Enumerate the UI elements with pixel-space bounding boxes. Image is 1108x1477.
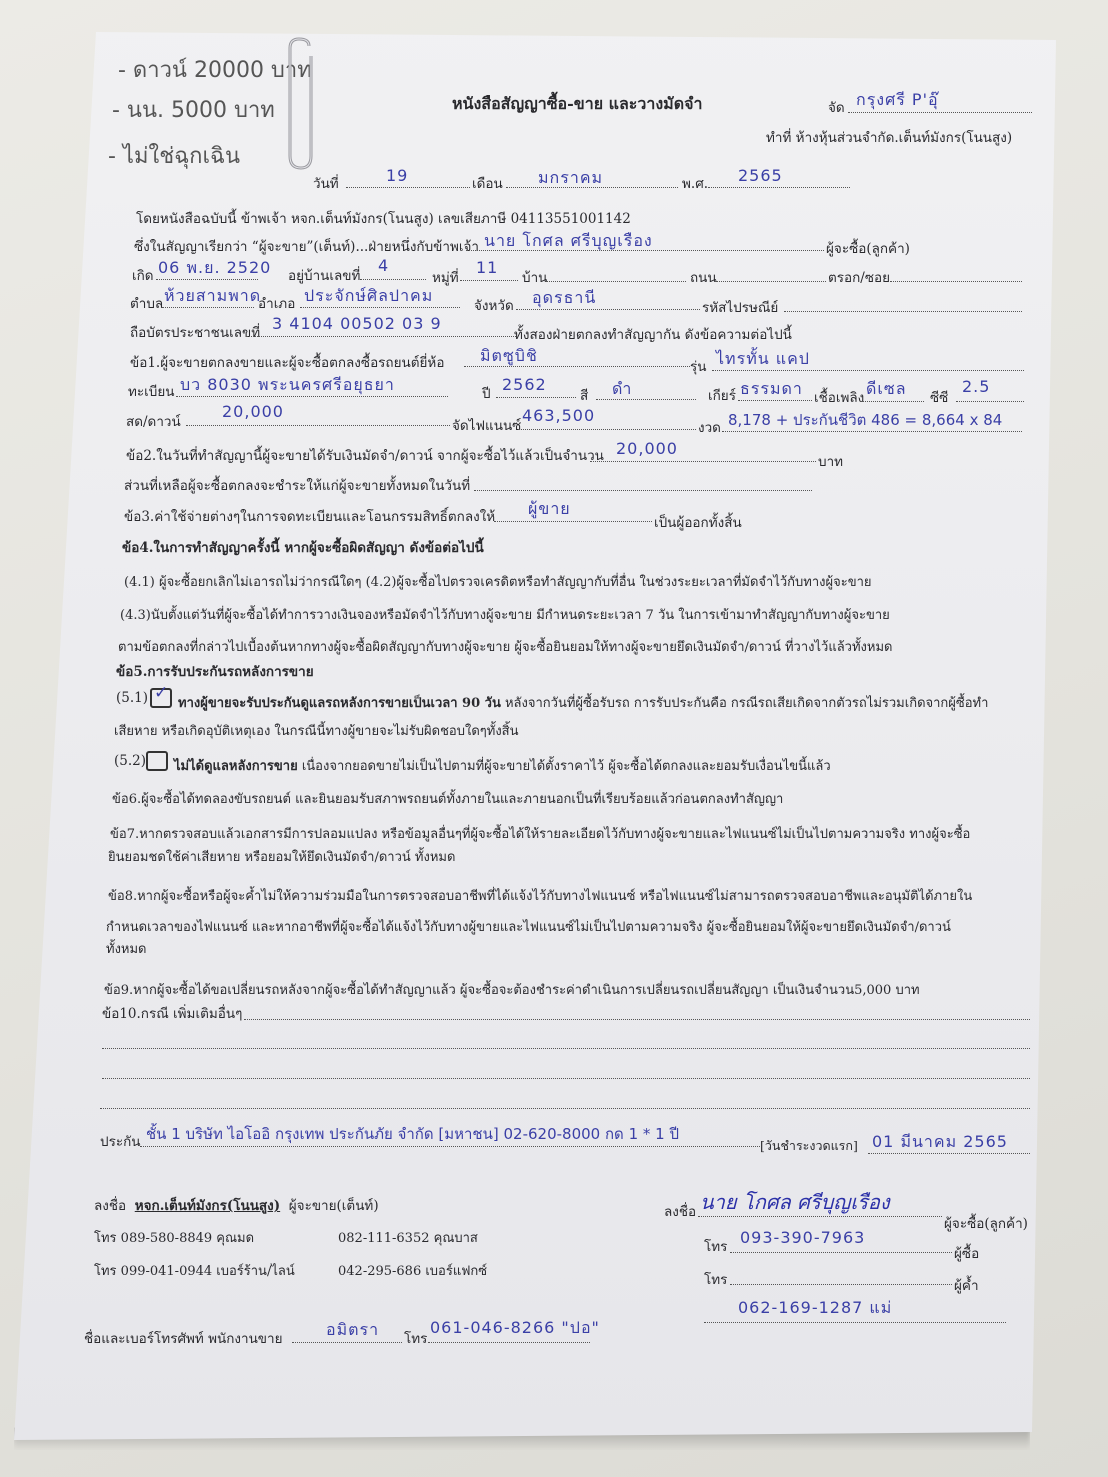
margin-note: - นน. 5000 บาท (112, 92, 275, 127)
date-day-label: วันที่ (313, 172, 339, 194)
moo: 11 (476, 258, 498, 277)
id-label: ถือบัตรประชาชนเลขที่ (130, 321, 260, 343)
clause8-line: กำหนดเวลาของไฟแนนซ์ และหากอาชีพที่ผู้จะซ… (106, 916, 951, 937)
option-5-2-checkbox[interactable] (146, 751, 168, 771)
document-title: หนังสือสัญญาซื้อ-ขาย และวางมัดจำ (452, 92, 702, 117)
clause4-line: ตามข้อตกลงที่กล่าวไปเบื้องต้นหากทางผู้จะ… (118, 636, 892, 657)
village-line (546, 281, 686, 282)
salesperson-phone: 061-046-8266 "ปอ" (430, 1316, 600, 1341)
buyer-sign-role: ผู้จะซื้อ(ลูกค้า) (944, 1212, 1028, 1234)
tambon-label: ตำบล (130, 292, 163, 314)
id-value: 3 4104 00502 03 9 (272, 314, 442, 333)
buyer-phone-label: โทร (704, 1235, 727, 1257)
clause4-line: (4.1) ผู้จะซื้อยกเลิกไม่เอารถไม่ว่ากรณีใ… (124, 571, 872, 592)
cc-label: ซีซี (930, 386, 948, 408)
car-cc: 2.5 (962, 377, 990, 396)
installment-label: งวด (698, 416, 721, 438)
salesperson-phone-line (428, 1342, 590, 1343)
salesperson-name: อมิตรา (326, 1318, 379, 1343)
clause9: ข้อ9.หากผู้จะซื้อได้ขอเปลี่ยนรถหลังจากผู… (104, 979, 920, 1000)
clause5-title: ข้อ5.การรับประกันรถหลังการขาย (116, 660, 314, 682)
option-5-1-checkbox[interactable]: ✓ (150, 688, 172, 708)
payer-line (494, 521, 652, 522)
made-at: ทำที่ ห้างหุ้นส่วนจำกัด.เต็นท์มังกร(โนนส… (766, 126, 1012, 148)
down-payment: 20,000 (222, 402, 284, 421)
clause7-line: ข้อ7.หากตรวจสอบแล้วเอกสารมีการปลอมแปลง ห… (110, 823, 970, 844)
margin-note: - ไม่ใช่ฉุกเฉิน (108, 138, 240, 173)
clause8-line: ทั้งหมด (106, 938, 147, 959)
moo-line (460, 280, 518, 281)
house-no-line (360, 279, 426, 280)
soi-line (890, 281, 1022, 282)
finance-label: จัดไฟแนนซ์ (452, 414, 521, 436)
option-5-2-rest: เนื่องจากยอดขายไม่เป็นไปตามที่ผู้จะขายได… (298, 759, 831, 774)
clause4-title: ข้อ4.ในการทำสัญญาครั้งนี้ หากผู้จะซื้อผิ… (122, 536, 484, 558)
seller-contact: โทร 089-580-8849 คุณมด (94, 1227, 254, 1248)
paper-clip-icon (285, 36, 319, 172)
car-registration: บว 8030 พระนครศรีอยุธยา (180, 373, 395, 398)
guarantor-role: ผู้ค้ำ (954, 1274, 979, 1296)
contract-sheet: - ดาวน์ 20000 บาท - นน. 5000 บาท - ไม่ใช… (0, 0, 1108, 1477)
intro-text: โดยหนังสือฉบับนี้ ข้าพเจ้า หจก.เต็นท์มัง… (136, 207, 631, 229)
clause8-line: ข้อ8.หากผู้จะซื้อหรือผู้จะค้ำไม่ให้ความร… (108, 885, 972, 906)
finance-amount: 463,500 (522, 406, 595, 425)
seller-name: หจก.เต็นท์มังกร(โนนสูง) (135, 1198, 280, 1214)
down-label: สด/ดาวน์ (126, 410, 181, 432)
clause3-suffix: เป็นผู้ออกทั้งสิ้น (654, 511, 742, 533)
date-month-label: เดือน (472, 172, 503, 194)
buyer-phone-role: ผู้ซื้อ (954, 1242, 979, 1264)
option-5-1-number: (5.1) (116, 690, 148, 706)
insurance-label: ประกัน (100, 1130, 140, 1152)
agree-text: ทั้งสองฝ่ายตกลงทำสัญญากัน ดังข้อความต่อไ… (514, 323, 792, 345)
date-year-line (708, 187, 850, 188)
option-5-1-line2: เสียหาย หรือเกิดอุบัติเหตุเอง ในกรณีนี้ท… (114, 720, 519, 741)
amphoe: ประจักษ์ศิลปาคม (304, 284, 433, 309)
fee-payer: ผู้ขาย (528, 497, 571, 522)
seller-line: ซึ่งในสัญญาเรียกว่า “ผู้จะขาย”(เต็นท์)..… (134, 235, 479, 257)
seller-contact: โทร 099-041-0944 เบอร์ร้าน/ไลน์ (94, 1260, 295, 1281)
clause10-label: ข้อ10.กรณี เพิ่มเติมอื่นๆ (102, 1002, 242, 1024)
gear-label: เกียร์ (708, 384, 736, 406)
id-line (246, 336, 516, 337)
car-color: ดำ (612, 377, 632, 402)
sign-label: ลงชื่อ (94, 1198, 126, 1214)
option-5-1-rest: หลังจากวันที่ผู้ซื้อรับรถ การรับประกันคื… (501, 696, 989, 711)
date-year-label: พ.ศ. (682, 172, 708, 194)
finance-line (518, 429, 696, 430)
clause7-line: ยินยอมชดใช้ค่าเสียหาย หรือยอมให้ยึดเงินม… (108, 846, 455, 867)
postcode-line (784, 311, 1022, 312)
fuel-label: เชื้อเพลิง (814, 386, 864, 408)
clause1-text: ข้อ1.ผู้จะขายตกลงขายและผู้จะซื้อตกลงซื้อ… (130, 351, 444, 373)
clause6: ข้อ6.ผู้จะซื้อได้ทดลองขับรถยนต์ และยินยอ… (112, 788, 783, 809)
clause10-line (244, 1019, 1030, 1020)
margin-note: - ดาวน์ 20000 บาท (118, 52, 312, 87)
clause2-text: ข้อ2.ในวันที่ทำสัญญานี้ผู้จะขายได้รับเงิ… (126, 444, 604, 466)
insurance-line (140, 1146, 760, 1147)
date-year: 2565 (738, 166, 783, 185)
house-no: 4 (378, 256, 389, 275)
clause10-line (100, 1108, 1030, 1109)
road-label: ถนน (690, 266, 717, 288)
car-gear: ธรรมดา (740, 377, 803, 402)
deposit-amount: 20,000 (616, 439, 678, 458)
buyer-name: นาย โกศล ศรีบุญเรือง (484, 229, 653, 254)
road-line (716, 281, 826, 282)
extra-phone: 062-169-1287 แม่ (738, 1296, 892, 1321)
jad-label: จัด (828, 96, 845, 118)
buyer-phone: 093-390-7963 (740, 1228, 865, 1247)
born-label: เกิด (132, 264, 154, 286)
car-model: ไทรทั้น แคป (716, 347, 810, 372)
cc-line (956, 401, 1024, 402)
salesperson-label: ชื่อและเบอร์โทรศัพท์ พนักงานขาย (84, 1327, 283, 1349)
option-5-1-text: ทางผู้ขายจะรับประกันดูแลรถหลังการขายเป็น… (178, 692, 988, 713)
buyer-phone-line (730, 1252, 952, 1253)
village-label: บ้าน (522, 266, 547, 288)
seller-role: ผู้จะขาย(เต็นท์) (289, 1198, 379, 1214)
year-line (496, 397, 576, 398)
house-no-label: อยู่บ้านเลขที่ (288, 264, 360, 286)
guarantor-phone-line (730, 1284, 952, 1285)
option-5-2-text: ไม่ได้ดูแลหลังการขาย เนื่องจากยอดขายไม่เ… (174, 755, 831, 776)
color-label: สี (580, 384, 588, 406)
buyer-signature: นาย โกศล ศรีบุญเรือง (700, 1186, 890, 1218)
extra-phone-line (704, 1322, 1006, 1323)
year-label: ปี (482, 382, 491, 404)
born-value: 06 พ.ย. 2520 (158, 256, 271, 281)
remaining-text: ส่วนที่เหลือผู้จะซื้อตกลงจะชำระให้แก่ผู้… (124, 474, 470, 496)
seller-sign-label: ลงชื่อ หจก.เต็นท์มังกร(โนนสูง) ผู้จะขาย(… (94, 1194, 379, 1216)
option-5-2-bold: ไม่ได้ดูแลหลังการขาย (174, 759, 298, 774)
date-month: มกราคม (538, 166, 603, 191)
tambon: ห้วยสามพาด (164, 284, 261, 309)
car-fuel: ดีเซล (866, 377, 907, 402)
model-label: รุ่น (690, 355, 706, 377)
clause10-line (102, 1078, 1030, 1079)
installment: 8,178 + ประกันชีวิต 486 = 8,664 x 84 (728, 408, 1002, 432)
moo-label: หมู่ที่ (432, 266, 459, 288)
clause3-text: ข้อ3.ค่าใช้จ่ายต่างๆในการจดทะเบียนและโอน… (124, 505, 495, 527)
buyer-suffix: ผู้จะซื้อ(ลูกค้า) (826, 237, 910, 259)
option-5-2-number: (5.2) (114, 753, 146, 769)
salesperson-phone-label: โทร (404, 1327, 427, 1349)
clause4-line: (4.3)นับตั้งแต่วันที่ผู้จะซื้อได้ทำการวา… (120, 604, 890, 625)
deposit-unit: บาท (818, 450, 843, 472)
date-day-line (346, 187, 470, 188)
postcode-label: รหัสไปรษณีย์ (702, 296, 778, 318)
soi-label: ตรอก/ซอย (828, 266, 890, 288)
buyer-sign-label: ลงชื่อ (664, 1200, 696, 1222)
first-payment-label: [วันชำระงวดแรก] (760, 1136, 858, 1156)
seller-contact: 042-295-686 เบอร์แฟกซ์ (338, 1260, 487, 1281)
insurance-value: ชั้น 1 บริษัท ไอโออิ กรุงเทพ ประกันภัย จ… (146, 1122, 679, 1146)
province-label: จังหวัด (474, 294, 514, 316)
guarantor-phone-label: โทร (704, 1268, 727, 1290)
province: อุดรธานี (532, 286, 596, 311)
color-line (596, 399, 696, 400)
remaining-date-line (474, 490, 812, 491)
option-5-1-bold: ทางผู้ขายจะรับประกันดูแลรถหลังการขายเป็น… (178, 696, 501, 711)
deposit-line (590, 461, 816, 462)
checkmark-icon: ✓ (154, 683, 168, 703)
clause10-line (102, 1048, 1030, 1049)
first-payment-date: 01 มีนาคม 2565 (872, 1130, 1008, 1155)
car-year: 2562 (502, 375, 547, 394)
date-day: 19 (386, 166, 408, 185)
amphoe-label: อำเภอ (258, 292, 295, 314)
jad-value: กรุงศรี P'อุ๊ (856, 88, 939, 113)
down-line (186, 425, 450, 426)
reg-label: ทะเบียน (128, 380, 174, 402)
car-brand: มิตซูบิชิ (480, 344, 538, 369)
seller-contact: 082-111-6352 คุณบาส (338, 1227, 478, 1248)
